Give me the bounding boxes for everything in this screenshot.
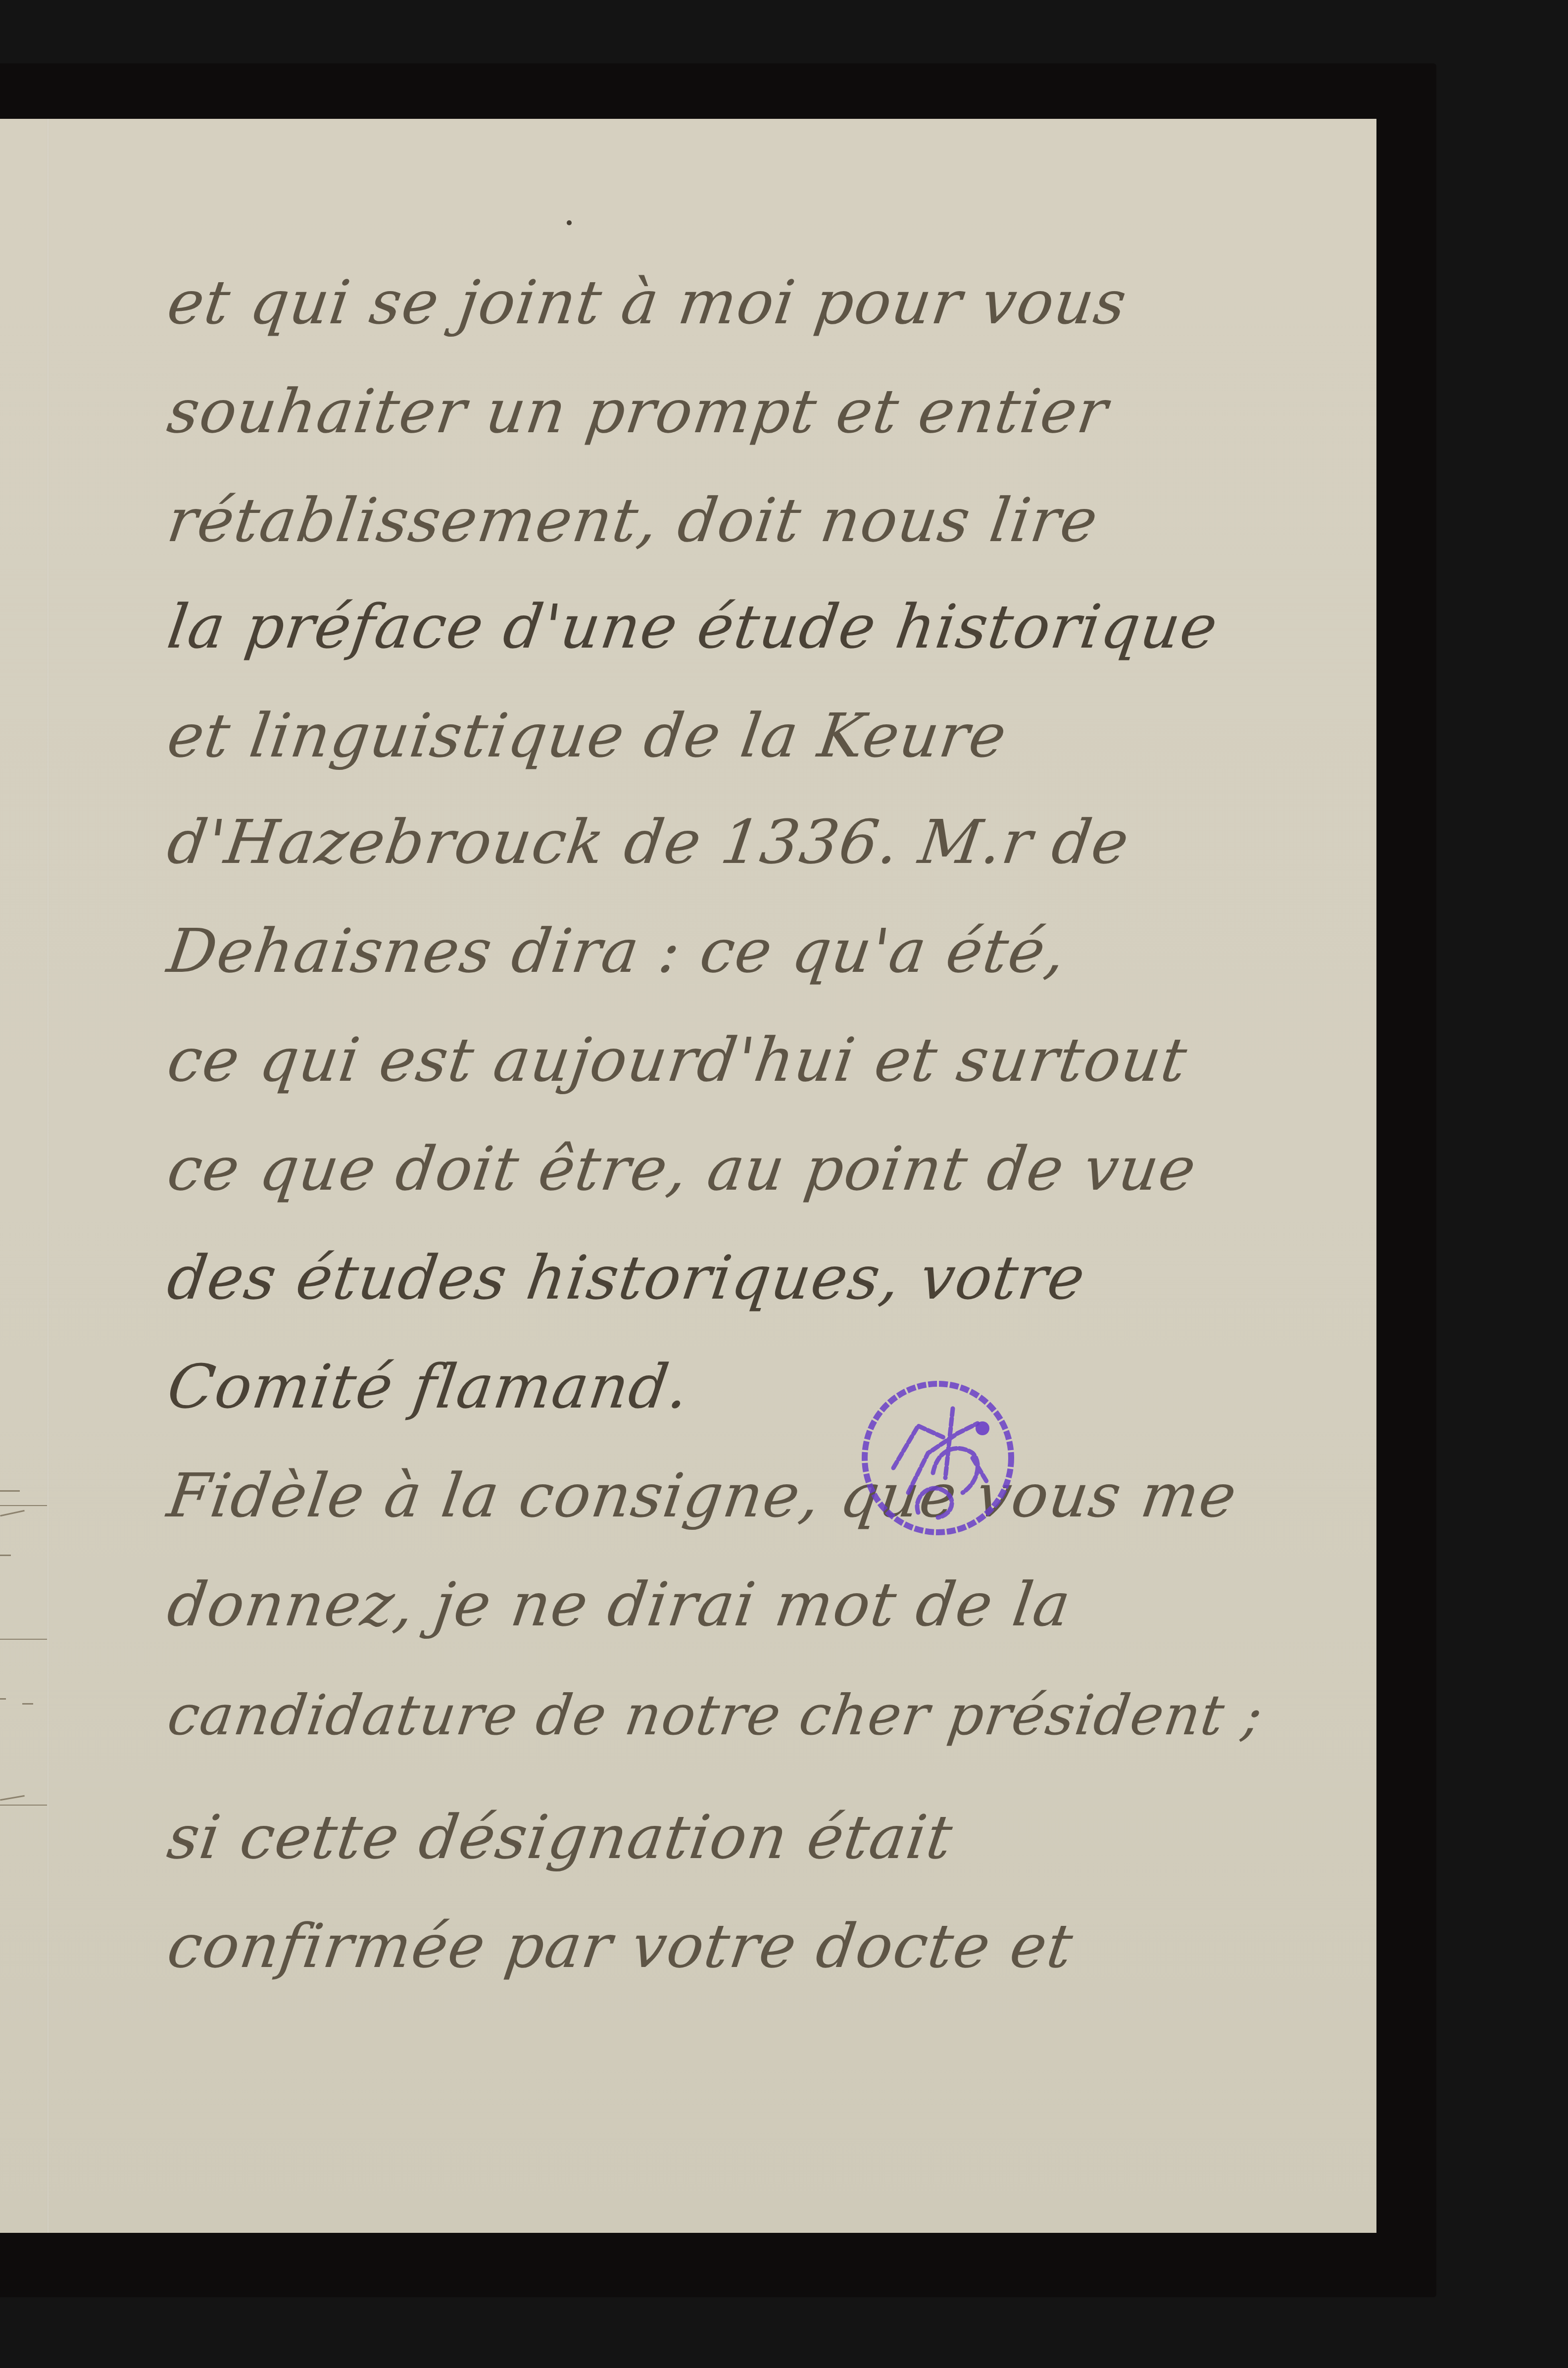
text-line: candidature de notre cher président ; xyxy=(164,1683,1268,1748)
ink-fragment xyxy=(0,1490,20,1492)
monogram-stamp-icon xyxy=(859,1379,1017,1537)
handwritten-text: et qui se joint à moi pour vous souhaite… xyxy=(168,119,1346,2233)
text-line: d'Hazebrouck de 1336. M.r de xyxy=(163,807,1134,877)
text-line: Comité flamand. xyxy=(163,1352,694,1422)
ink-fragment xyxy=(0,1510,25,1516)
ink-fragment xyxy=(0,1505,47,1506)
text-line: ce que doit être, au point de vue xyxy=(163,1134,1201,1204)
text-line: et qui se joint à moi pour vous xyxy=(163,267,1131,338)
text-line: la préface d'une étude historique xyxy=(163,592,1223,662)
fold-line xyxy=(47,119,49,2233)
opposite-page-edge xyxy=(0,119,47,2233)
text-line: et linguistique de la Keure xyxy=(163,701,1011,771)
ink-fragment xyxy=(0,1639,47,1640)
text-line: souhaiter un prompt et entier xyxy=(163,376,1113,447)
ink-fragment xyxy=(0,1555,11,1556)
text-line: des études historiques, votre xyxy=(163,1243,1090,1313)
text-line: donnez, je ne dirai mot de la xyxy=(163,1569,1076,1640)
ink-fragment xyxy=(22,1703,33,1705)
ink-fragment xyxy=(0,1795,25,1801)
text-line: rétablissement, doit nous lire xyxy=(163,485,1103,555)
text-line: Dehaisnes dira : ce qu'a été, xyxy=(163,916,1071,986)
text-line: si cette désignation était xyxy=(163,1802,957,1872)
text-line: Fidèle à la consigne, que vous me xyxy=(163,1461,1241,1531)
ink-fragment xyxy=(0,1805,47,1806)
text-line: confirmée par votre docte et xyxy=(163,1911,1078,1981)
letter-page: et qui se joint à moi pour vous souhaite… xyxy=(0,119,1376,2233)
ink-fragment xyxy=(0,1698,6,1700)
text-line: ce qui est aujourd'hui et surtout xyxy=(163,1025,1192,1095)
